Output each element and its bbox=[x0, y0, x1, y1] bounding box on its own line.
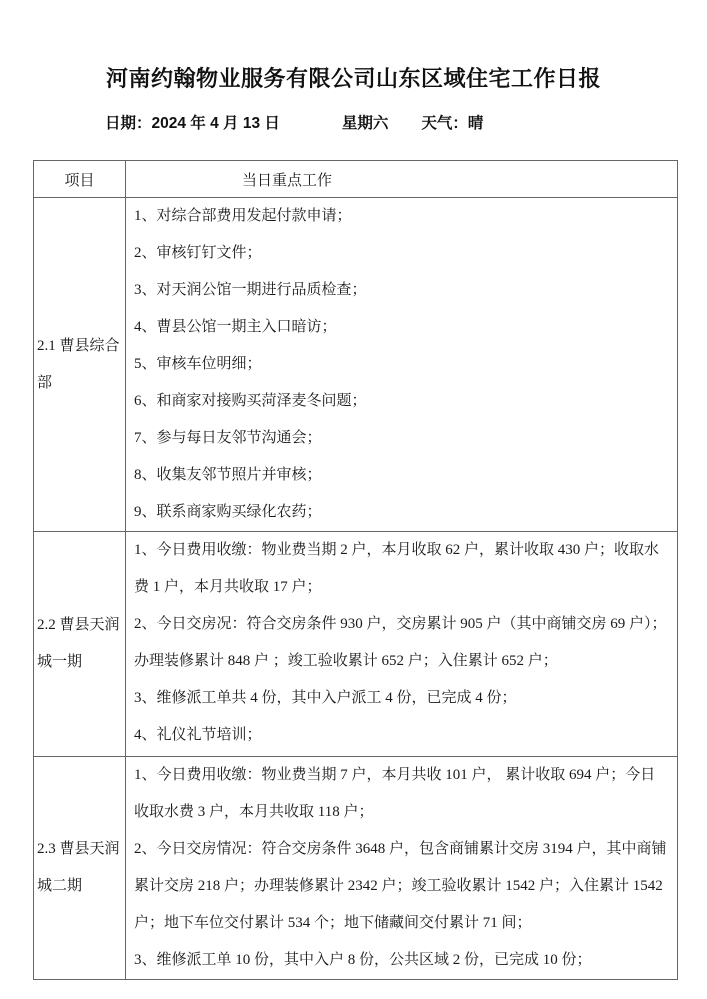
meta-line: 日期：2024 年 4 月 13 日星期六天气：晴 bbox=[105, 111, 483, 133]
work-item: 6、和商家对接购买菏泽麦冬问题； bbox=[134, 383, 667, 420]
work-item: 2、审核钉钉文件； bbox=[134, 235, 667, 272]
work-item: 4、礼仪礼节培训； bbox=[134, 717, 667, 754]
work-item: 2、今日交房况：符合交房条件 930 户，交房累计 905 户（其中商铺交房 6… bbox=[134, 606, 667, 680]
document-title: 河南约翰物业服务有限公司山东区域住宅工作日报 bbox=[0, 62, 707, 93]
work-item: 8、收集友邻节照片并审核； bbox=[134, 457, 667, 494]
work-item: 3、维修派工单共 4 份，其中入户派工 4 份，已完成 4 份； bbox=[134, 680, 667, 717]
work-item: 3、对天润公馆一期进行品质检查； bbox=[134, 272, 667, 309]
meta-weekday: 星期六 bbox=[342, 115, 389, 132]
row-label: 2.1 曹县综合部 bbox=[34, 198, 126, 532]
table-row: 2.2 曹县天润城一期1、今日费用收缴：物业费当期 2 户，本月收取 62 户，… bbox=[34, 532, 678, 757]
work-item: 1、今日费用收缴：物业费当期 2 户，本月收取 62 户，累计收取 430 户；… bbox=[134, 532, 667, 606]
header-key-work: 当日重点工作 bbox=[126, 161, 678, 198]
document-page: 河南约翰物业服务有限公司山东区域住宅工作日报 日期：2024 年 4 月 13 … bbox=[0, 0, 707, 999]
report-table: 项目 当日重点工作 2.1 曹县综合部1、对综合部费用发起付款申请；2、审核钉钉… bbox=[33, 160, 678, 980]
table-row: 2.1 曹县综合部1、对综合部费用发起付款申请；2、审核钉钉文件；3、对天润公馆… bbox=[34, 198, 678, 532]
work-item: 3、维修派工单 10 份，其中入户 8 份，公共区域 2 份，已完成 10 份； bbox=[134, 942, 667, 979]
work-item: 2、今日交房情况：符合交房条件 3648 户，包含商铺累计交房 3194 户，其… bbox=[134, 831, 667, 942]
work-item: 9、联系商家购买绿化农药； bbox=[134, 494, 667, 531]
row-work-items: 1、今日费用收缴：物业费当期 2 户，本月收取 62 户，累计收取 430 户；… bbox=[126, 532, 678, 757]
table-header-row: 项目 当日重点工作 bbox=[34, 161, 678, 198]
meta-date: 日期：2024 年 4 月 13 日 bbox=[105, 115, 280, 132]
work-item: 4、曹县公馆一期主入口暗访； bbox=[134, 309, 667, 346]
row-work-items: 1、今日费用收缴：物业费当期 7 户，本月共收 101 户， 累计收取 694 … bbox=[126, 757, 678, 980]
meta-weather: 天气：晴 bbox=[421, 115, 483, 132]
row-work-items: 1、对综合部费用发起付款申请；2、审核钉钉文件；3、对天润公馆一期进行品质检查；… bbox=[126, 198, 678, 532]
table-row: 2.3 曹县天润城二期1、今日费用收缴：物业费当期 7 户，本月共收 101 户… bbox=[34, 757, 678, 980]
row-label: 2.2 曹县天润城一期 bbox=[34, 532, 126, 757]
work-item: 5、审核车位明细； bbox=[134, 346, 667, 383]
header-project: 项目 bbox=[34, 161, 126, 198]
work-item: 7、参与每日友邻节沟通会； bbox=[134, 420, 667, 457]
work-item: 1、对综合部费用发起付款申请； bbox=[134, 198, 667, 235]
row-label: 2.3 曹县天润城二期 bbox=[34, 757, 126, 980]
work-item: 1、今日费用收缴：物业费当期 7 户，本月共收 101 户， 累计收取 694 … bbox=[134, 757, 667, 831]
